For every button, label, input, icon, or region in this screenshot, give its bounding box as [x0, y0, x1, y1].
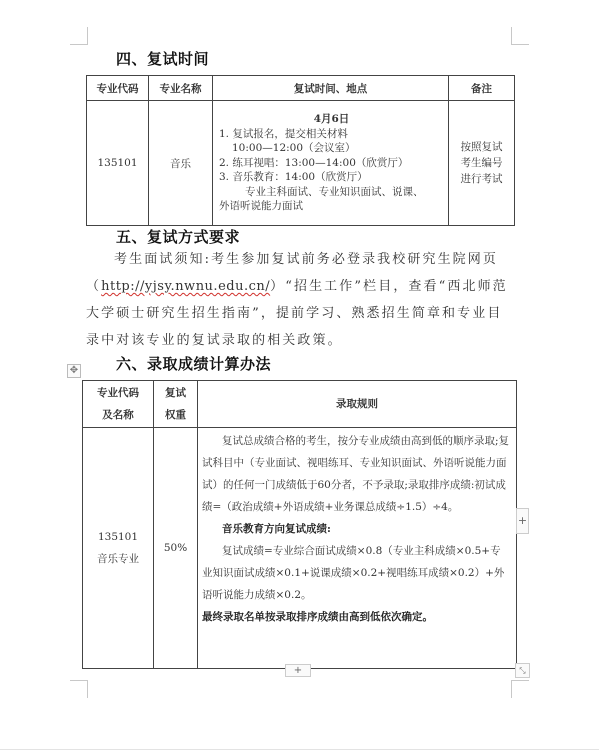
cell-schedule: 4月6日 1. 复试报名，提交相关材料 10:00—12:00（会议室） 2. …	[213, 101, 449, 226]
major-name: 音乐专业	[83, 548, 153, 570]
cell-retest-weight: 50%	[154, 428, 198, 669]
paragraph-text: 考生面试须知:考生参加复试前务必登录我校研究生院网页（http://yjsy.n…	[86, 246, 516, 354]
remark-line: 考生编号	[449, 155, 514, 171]
header-time-location: 复试时间、地点	[213, 76, 449, 101]
rules-subheading: 音乐教育方向复试成绩:	[202, 518, 510, 540]
page-bottom-edge	[0, 749, 599, 750]
page-corner-mark-top-left	[70, 27, 88, 45]
rules-formula: 复试成绩=专业综合面试成绩×0.8（专业主科成绩×0.5+专业知识面试成绩×0.…	[202, 540, 510, 606]
schedule-line: 外语听说能力面试	[219, 199, 444, 214]
section-heading-retest-time: 四、复试时间	[116, 48, 209, 69]
table-row: 135101 音乐专业 50% 复试总成绩合格的考生，按分专业成绩由高到低的顺序…	[83, 428, 517, 669]
header-retest-weight: 复试 权重	[154, 381, 198, 428]
remark-line: 进行考试	[449, 171, 514, 187]
header-major-code: 专业代码	[87, 76, 149, 101]
remark-line: 按照复试	[449, 139, 514, 155]
schedule-line: 2. 练耳视唱：13:00—14:00（欣赏厅）	[219, 156, 444, 171]
add-row-button[interactable]: +	[285, 664, 311, 677]
cell-major-code: 135101	[87, 101, 149, 226]
header-remarks: 备注	[449, 76, 515, 101]
schedule-line: 3. 音乐教育：14:00（欣赏厅）	[219, 170, 444, 185]
page-corner-mark-top-right	[511, 27, 529, 45]
header-code-and-name: 专业代码 及名称	[83, 381, 154, 428]
header-line: 专业代码	[83, 382, 153, 404]
add-column-button[interactable]: +	[516, 508, 529, 534]
major-code: 135101	[83, 526, 153, 548]
table-move-handle-icon[interactable]: ✥	[67, 364, 81, 378]
retest-requirements-paragraph: 考生面试须知:考生参加复试前务必登录我校研究生院网页（http://yjsy.n…	[86, 246, 516, 354]
table-header-row: 专业代码 专业名称 复试时间、地点 备注	[87, 76, 515, 101]
schedule-line: 10:00—12:00（会议室）	[219, 141, 444, 156]
section-heading-retest-requirements: 五、复试方式要求	[116, 226, 240, 247]
retest-schedule-table: 专业代码 专业名称 复试时间、地点 备注 135101 音乐 4月6日 1. 复…	[86, 75, 515, 226]
schedule-line: 专业主科面试、专业知识面试、说课、	[219, 185, 444, 200]
cell-code-and-name: 135101 音乐专业	[83, 428, 154, 669]
schedule-line: 1. 复试报名，提交相关材料	[219, 127, 444, 142]
page-corner-mark-bottom-left	[70, 680, 88, 698]
header-admission-rules: 录取规则	[198, 381, 517, 428]
section-heading-admission-score: 六、录取成绩计算办法	[116, 353, 271, 374]
header-line: 及名称	[83, 404, 153, 426]
page-corner-mark-bottom-right	[511, 680, 529, 698]
header-line: 复试	[154, 382, 197, 404]
table-header-row: 专业代码 及名称 复试 权重 录取规则	[83, 381, 517, 428]
rules-final-note: 最终录取名单按录取排序成绩由高到低依次确定。	[202, 606, 510, 628]
table-row: 135101 音乐 4月6日 1. 复试报名，提交相关材料 10:00—12:0…	[87, 101, 515, 226]
cell-admission-rules: 复试总成绩合格的考生，按分专业成绩由高到低的顺序录取;复试科目中（专业面试、视唱…	[198, 428, 517, 669]
header-major-name: 专业名称	[149, 76, 213, 101]
table-resize-handle-icon[interactable]: ⤡	[515, 663, 530, 678]
cell-major-name: 音乐	[149, 101, 213, 226]
admission-rules-table: 专业代码 及名称 复试 权重 录取规则 135101 音乐专业 50% 复试总成…	[82, 380, 517, 669]
cell-remarks: 按照复试 考生编号 进行考试	[449, 101, 515, 226]
schedule-date: 4月6日	[219, 112, 444, 127]
header-line: 权重	[154, 404, 197, 426]
rules-paragraph: 复试总成绩合格的考生，按分专业成绩由高到低的顺序录取;复试科目中（专业面试、视唱…	[202, 430, 510, 518]
graduate-school-url-link[interactable]: http://yjsy.nwnu.edu.cn/	[101, 279, 270, 294]
